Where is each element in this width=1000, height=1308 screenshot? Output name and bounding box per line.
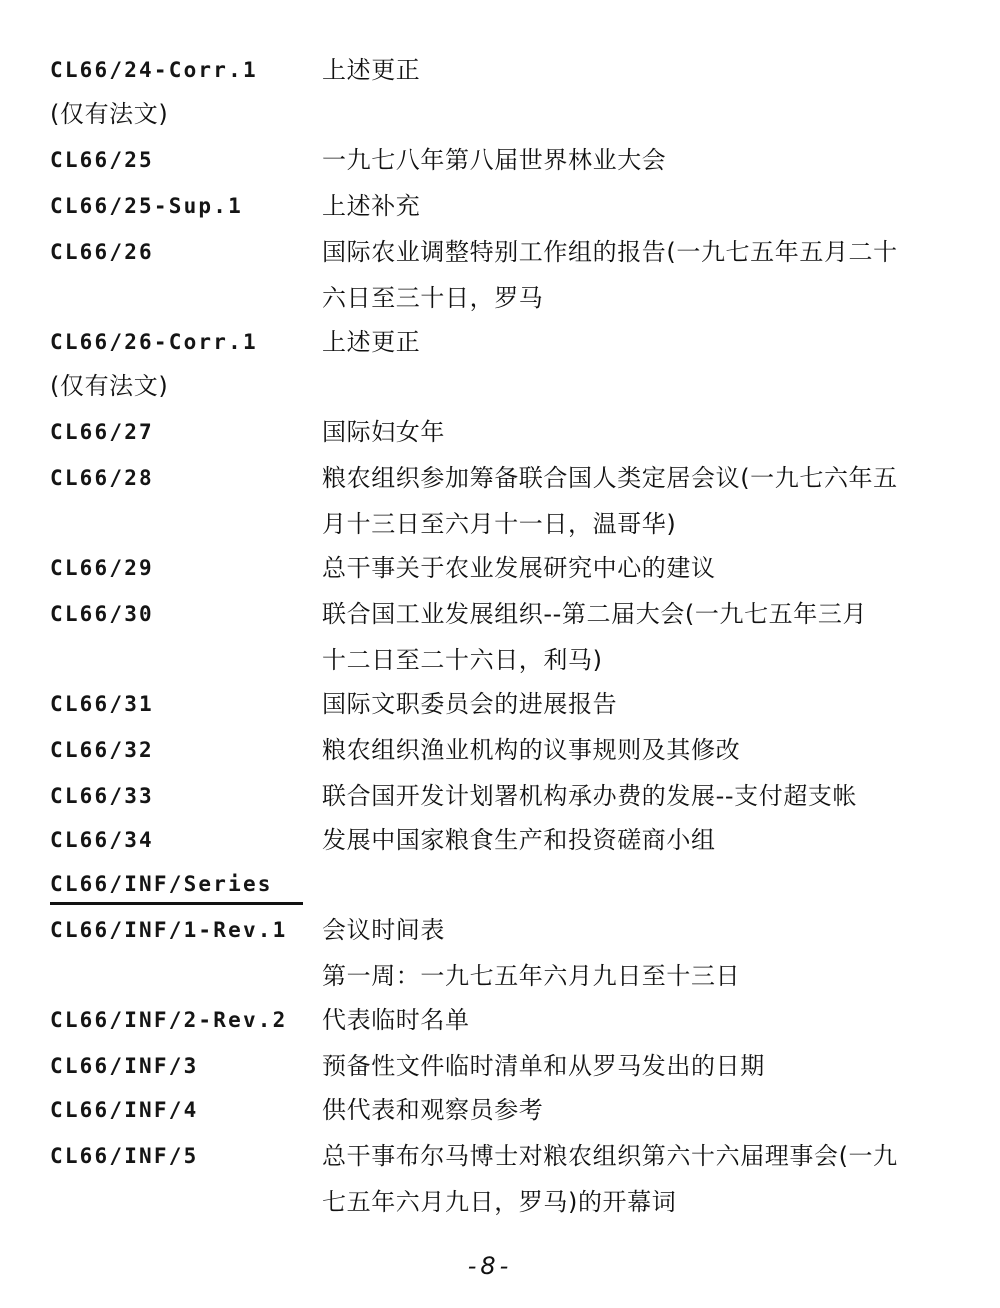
document-description: 六日至三十日，罗马 <box>322 276 543 320</box>
document-description: 上述补充 <box>322 184 420 228</box>
document-description: 粮农组织渔业机构的议事规则及其修改 <box>322 728 740 772</box>
document-code: CL66/34 <box>50 818 154 862</box>
document-code: CL66/25 <box>50 138 154 182</box>
page-number: -8- <box>0 1252 1000 1280</box>
document-description: 总干事关于农业发展研究中心的建议 <box>322 546 716 590</box>
document-description: 联合国工业发展组织--第二届大会(一九七五年三月 <box>322 592 867 636</box>
list-item: CL66/31 国际文职委员会的进展报告 <box>0 682 1000 726</box>
list-item: CL66/27 国际妇女年 <box>0 410 1000 454</box>
document-description: 代表临时名单 <box>322 998 470 1042</box>
document-code: CL66/33 <box>50 774 154 818</box>
document-description: 供代表和观察员参考 <box>322 1088 543 1132</box>
document-description: 一九七八年第八届世界林业大会 <box>322 138 666 182</box>
list-item: CL66/30 联合国工业发展组织--第二届大会(一九七五年三月 <box>0 592 1000 636</box>
list-item: CL66/28 粮农组织参加筹备联合国人类定居会议(一九七六年五 <box>0 456 1000 500</box>
list-item: CL66/29 总干事关于农业发展研究中心的建议 <box>0 546 1000 590</box>
list-item: CL66/25-Sup.1 上述补充 <box>0 184 1000 228</box>
series-heading-row: CL66/INF/Series <box>0 862 1000 906</box>
document-description: 联合国开发计划署机构承办费的发展--支付超支帐 <box>322 774 857 818</box>
document-code: CL66/INF/4 <box>50 1088 198 1132</box>
list-item: CL66/INF/5 总干事布尔马博士对粮农组织第六十六届理事会(一九 <box>0 1134 1000 1178</box>
document-code: CL66/31 <box>50 682 154 726</box>
document-description: 七五年六月九日，罗马)的开幕词 <box>322 1180 676 1224</box>
list-item: CL66/INF/4 供代表和观察员参考 <box>0 1088 1000 1132</box>
document-description: 总干事布尔马博士对粮农组织第六十六届理事会(一九 <box>322 1134 898 1178</box>
language-note: (仅有法文) <box>0 364 1000 408</box>
document-description: 国际文职委员会的进展报告 <box>322 682 617 726</box>
list-item: CL66/33 联合国开发计划署机构承办费的发展--支付超支帐 <box>0 774 1000 818</box>
document-description: 国际妇女年 <box>322 410 445 454</box>
list-item: CL66/INF/3 预备性文件临时清单和从罗马发出的日期 <box>0 1044 1000 1088</box>
list-item: CL66/26 国际农业调整特别工作组的报告(一九七五年五月二十 <box>0 230 1000 274</box>
document-code: CL66/INF/2-Rev.2 <box>50 998 288 1042</box>
document-code: CL66/26-Corr.1 <box>50 320 258 364</box>
document-description: 上述更正 <box>322 48 420 92</box>
document-code: CL66/INF/3 <box>50 1044 198 1088</box>
list-item: CL66/26-Corr.1 上述更正 <box>0 320 1000 364</box>
list-item-continuation: 第一周：一九七五年六月九日至十三日 <box>0 954 1000 998</box>
document-description: 会议时间表 <box>322 908 445 952</box>
heading-underline <box>50 902 303 905</box>
list-item: CL66/INF/2-Rev.2 代表临时名单 <box>0 998 1000 1042</box>
document-description: 上述更正 <box>322 320 420 364</box>
series-heading: CL66/INF/Series <box>50 862 273 906</box>
language-note: (仅有法文) <box>0 92 1000 136</box>
document-code: CL66/29 <box>50 546 154 590</box>
list-item: CL66/34 发展中国家粮食生产和投资磋商小组 <box>0 818 1000 862</box>
list-item: CL66/25 一九七八年第八届世界林业大会 <box>0 138 1000 182</box>
document-code: CL66/25-Sup.1 <box>50 184 243 228</box>
document-code: CL66/24-Corr.1 <box>50 48 258 92</box>
document-code: CL66/28 <box>50 456 154 500</box>
list-item: CL66/INF/1-Rev.1 会议时间表 <box>0 908 1000 952</box>
list-item-continuation: 七五年六月九日，罗马)的开幕词 <box>0 1180 1000 1224</box>
document-page: CL66/24-Corr.1 上述更正 (仅有法文) CL66/25 一九七八年… <box>0 0 1000 1308</box>
document-code: CL66/INF/5 <box>50 1134 198 1178</box>
list-item-continuation: 六日至三十日，罗马 <box>0 276 1000 320</box>
list-item: CL66/24-Corr.1 上述更正 <box>0 48 1000 92</box>
document-code: CL66/30 <box>50 592 154 636</box>
document-description: 预备性文件临时清单和从罗马发出的日期 <box>322 1044 765 1088</box>
document-code: CL66/27 <box>50 410 154 454</box>
list-item: CL66/32 粮农组织渔业机构的议事规则及其修改 <box>0 728 1000 772</box>
document-description: 发展中国家粮食生产和投资磋商小组 <box>322 818 716 862</box>
note-text: (仅有法文) <box>50 92 168 136</box>
document-description: 粮农组织参加筹备联合国人类定居会议(一九七六年五 <box>322 456 898 500</box>
note-text: (仅有法文) <box>50 364 168 408</box>
document-description: 月十三日至六月十一日，温哥华) <box>322 502 676 546</box>
list-item-continuation: 十二日至二十六日，利马) <box>0 638 1000 682</box>
document-code: CL66/INF/1-Rev.1 <box>50 908 288 952</box>
document-description: 十二日至二十六日，利马) <box>322 638 603 682</box>
document-code: CL66/26 <box>50 230 154 274</box>
document-description: 第一周：一九七五年六月九日至十三日 <box>322 954 740 998</box>
document-code: CL66/32 <box>50 728 154 772</box>
list-item-continuation: 月十三日至六月十一日，温哥华) <box>0 502 1000 546</box>
document-description: 国际农业调整特别工作组的报告(一九七五年五月二十 <box>322 230 898 274</box>
